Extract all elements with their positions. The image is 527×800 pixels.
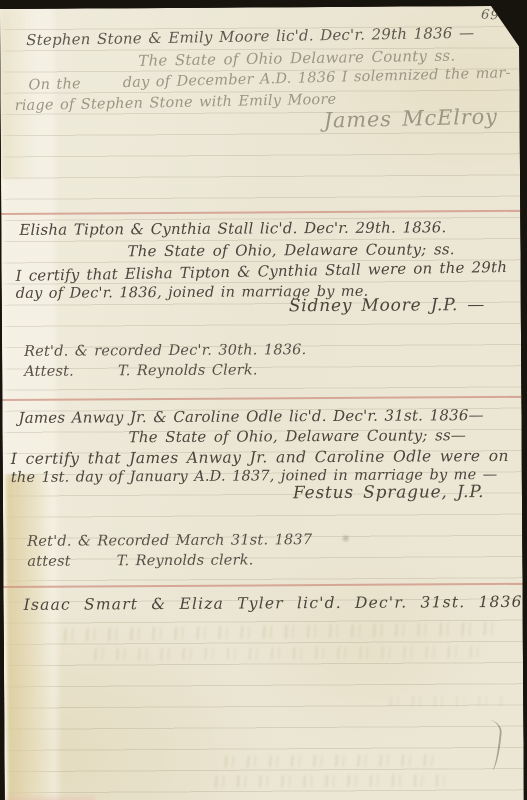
attest-line: Attest.T. Reynolds Clerk. <box>24 362 258 379</box>
certificate-line-1: I certify that James Anway Jr. and Carol… <box>11 447 509 468</box>
ink-smudge <box>341 534 350 543</box>
page-number: 69 <box>481 7 500 23</box>
cert-line-start: On the <box>28 76 81 93</box>
entry-heading: James Anway Jr. & Caroline Odle lic'd. D… <box>18 406 483 427</box>
officiant-signature: Festus Sprague, J.P. <box>293 482 484 503</box>
bleed-through-writing <box>220 754 435 767</box>
blank-day-gap <box>81 87 123 88</box>
state-line: The State of Ohio, Delaware County; ss— <box>129 426 467 446</box>
entry-heading: Elisha Tipton & Cynthia Stall lic'd. Dec… <box>19 218 446 239</box>
officiant-signature: James McElroy <box>323 104 498 132</box>
state-line: The State of Ohio, Delaware County; ss. <box>127 240 454 260</box>
bleed-through-writing <box>89 646 479 660</box>
attest-label: attest <box>27 554 70 570</box>
scan-background: 69 Stephen Stone & Emily Moore lic'd. De… <box>0 0 527 800</box>
binding-edge-bottom <box>6 475 54 800</box>
ledger-page: 69 Stephen Stone & Emily Moore lic'd. De… <box>0 6 524 800</box>
recorded-line: Ret'd. & Recorded March 31st. 1837 <box>27 532 312 550</box>
officiant-signature: Sidney Moore J.P. — <box>289 295 485 316</box>
bleed-through-writing <box>210 774 445 787</box>
recorded-line: Ret'd. & recorded Dec'r. 30th. 1836. <box>24 342 306 360</box>
entry-heading: Isaac Smart & Eliza Tyler lic'd. Dec'r. … <box>24 593 527 614</box>
bleed-through-writing <box>384 696 504 707</box>
clerk-signature: T. Reynolds Clerk. <box>118 362 258 379</box>
attest-line: attestT. Reynolds clerk. <box>27 552 253 569</box>
page-bottom-edge <box>5 796 95 800</box>
attest-label: Attest. <box>24 364 74 380</box>
clerk-signature: T. Reynolds clerk. <box>117 552 254 569</box>
